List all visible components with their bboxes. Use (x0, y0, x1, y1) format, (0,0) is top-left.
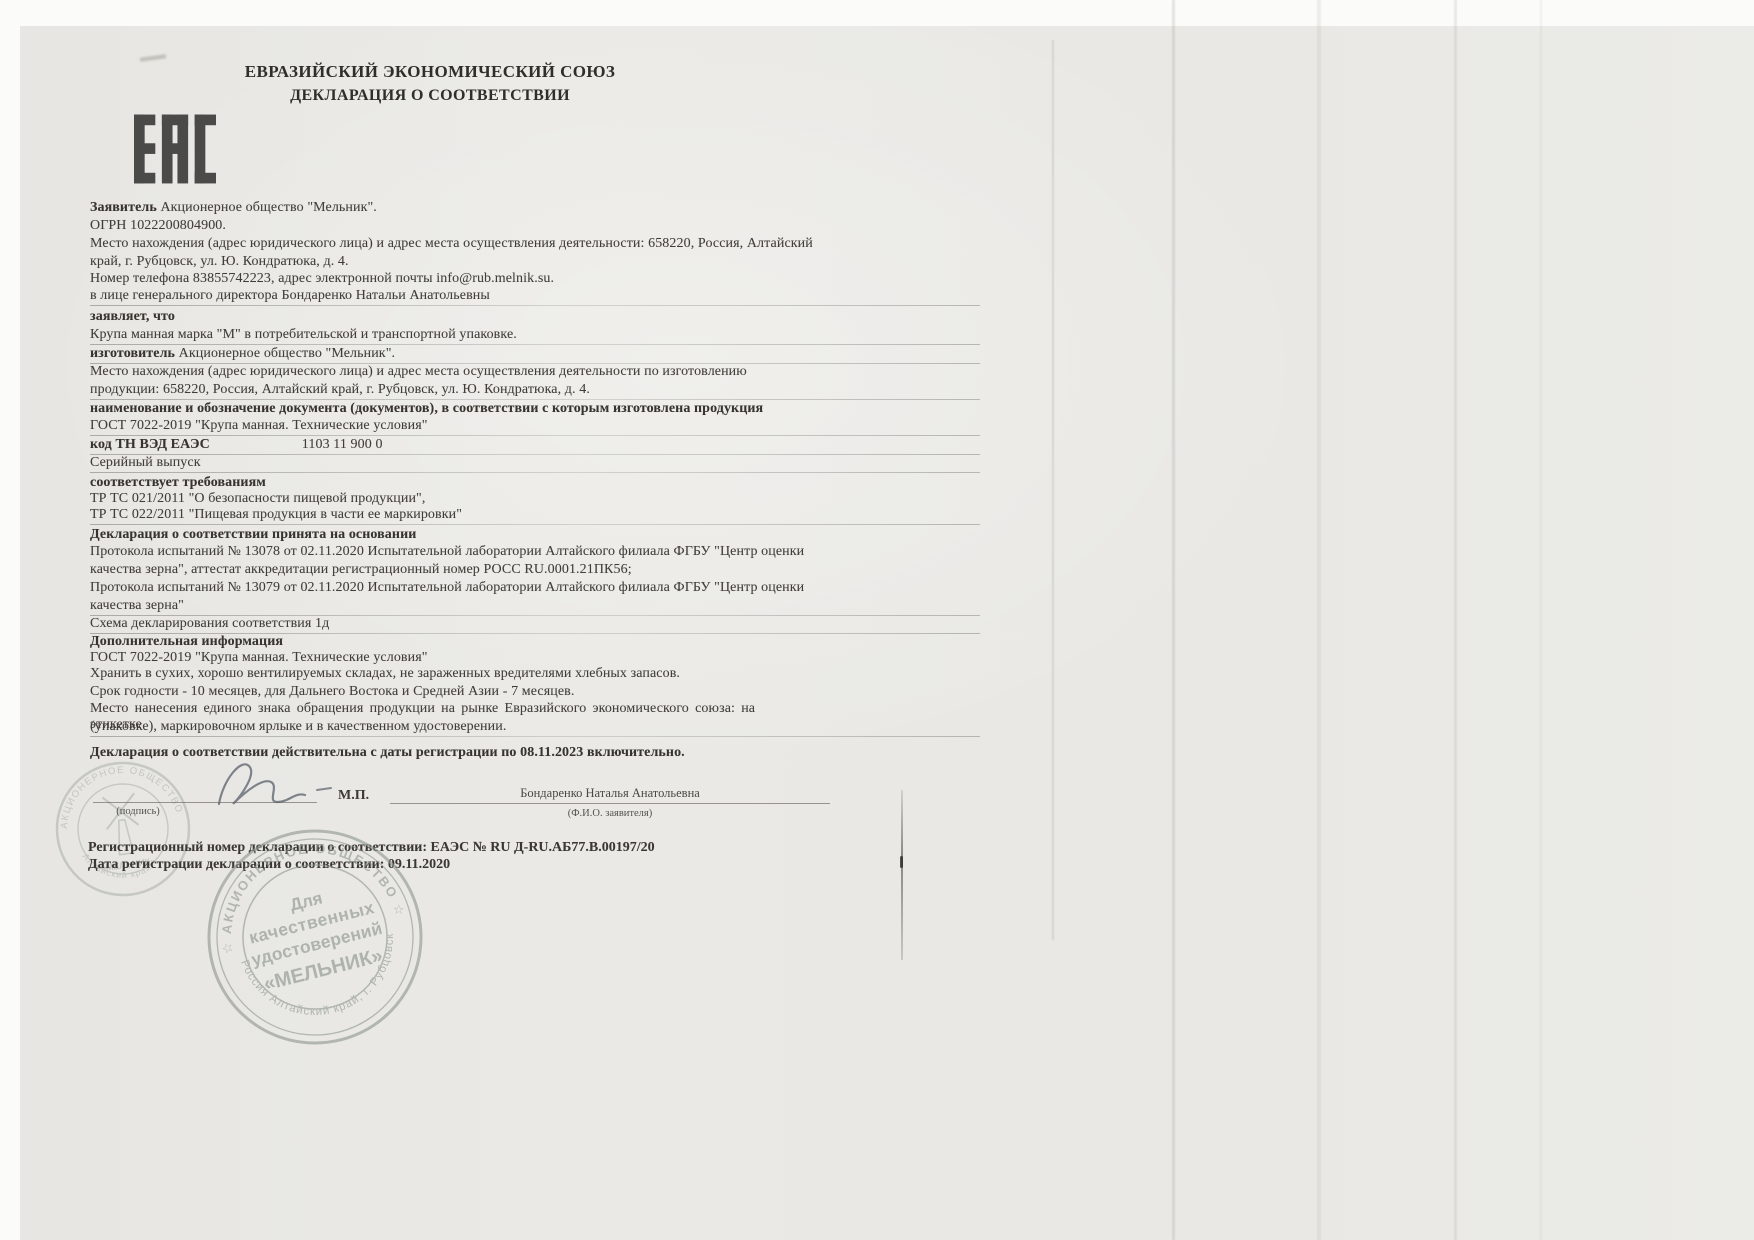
seal-place-label: М.П. (338, 788, 369, 804)
field-rule (90, 344, 980, 345)
protocol-13078-line-2: качества зерна", аттестат аккредитации р… (90, 562, 790, 578)
protocol-13079-line-2: качества зерна" (90, 598, 790, 614)
paper-crease-mark (900, 856, 903, 868)
document-header: ЕВРАЗИЙСКИЙ ЭКОНОМИЧЕСКИЙ СОЮЗ ДЕКЛАРАЦИ… (150, 62, 710, 105)
mfg-address-line-2: продукции: 658220, Россия, Алтайский кра… (90, 382, 790, 398)
tnved-line: код ТН ВЭД ЕАЭС1103 11 900 0 (90, 437, 790, 453)
field-rule (90, 524, 980, 525)
director-line: в лице генерального директора Бондаренко… (90, 288, 790, 304)
field-rule (90, 399, 980, 400)
windmill-stamp: АКЦИОНЕРНОЕ ОБЩЕСТВО Алтайский край «МЕЛ… (43, 749, 203, 909)
storage-line: Хранить в сухих, хорошо вентилируемых ск… (90, 666, 790, 682)
mfg-address-line-1: Место нахождения (адрес юридического лиц… (90, 364, 790, 380)
signature-line (93, 802, 317, 803)
manufacturer-line: изготовитель Акционерное общество "Мельн… (90, 346, 790, 362)
tr-ts-022-line: ТР ТС 022/2011 "Пищевая продукция в част… (90, 507, 790, 523)
basis-header: Декларация о соответствии принята на осн… (90, 527, 790, 543)
shelf-life-line: Срок годности - 10 месяцев, для Дальнего… (90, 684, 790, 700)
additional-gost-line: ГОСТ 7022-2019 "Крупа манная. Технически… (90, 650, 790, 666)
ogrn-line: ОГРН 1022200804900. (90, 218, 790, 234)
scan-streak (1540, 0, 1542, 1240)
union-title: ЕВРАЗИЙСКИЙ ЭКОНОМИЧЕСКИЙ СОЮЗ (150, 62, 710, 82)
validity-line: Декларация о соответствии действительна … (90, 745, 790, 761)
field-rule (90, 736, 980, 737)
scan-streak (1172, 0, 1175, 1240)
document-title: ДЕКЛАРАЦИЯ О СООТВЕТСТВИИ (150, 87, 710, 105)
paper-fold-line (1052, 40, 1054, 940)
mark-place-line-2: (упаковке), маркировочном ярлыке и в кач… (90, 719, 790, 735)
field-rule (90, 305, 980, 306)
scheme-line: Схема декларирования соответствия 1д (90, 616, 790, 632)
signature-caption: (подпись) (98, 806, 178, 817)
paper-crease (901, 790, 903, 960)
name-caption: (Ф.И.О. заявителя) (390, 808, 830, 819)
phone-email-line: Номер телефона 83855742223, адрес электр… (90, 271, 790, 287)
applicant-name: Бондаренко Наталья Анатольевна (390, 786, 830, 801)
handwritten-signature (205, 750, 355, 822)
serial-line: Серийный выпуск (90, 455, 790, 471)
gost-line: ГОСТ 7022-2019 "Крупа манная. Технически… (90, 418, 790, 434)
field-rule (90, 472, 980, 473)
applicant-line: Заявитель Акционерное общество "Мельник"… (90, 200, 790, 216)
conforms-header: соответствует требованиям (90, 475, 790, 491)
field-rule (90, 435, 980, 436)
tr-ts-021-line: ТР ТС 021/2011 "О безопасности пищевой п… (90, 491, 790, 507)
address-line-1: Место нахождения (адрес юридического лиц… (90, 236, 790, 252)
doc-designation-header: наименование и обозначение документа (до… (90, 401, 790, 417)
eac-logo (134, 106, 216, 192)
protocol-13079-line-1: Протокола испытаний № 13079 от 02.11.202… (90, 580, 790, 596)
scan-streak (1317, 0, 1321, 1240)
protocol-13078-line-1: Протокола испытаний № 13078 от 02.11.202… (90, 544, 790, 560)
product-line: Крупа манная марка "М" в потребительской… (90, 327, 790, 343)
name-line (390, 803, 830, 804)
address-line-2: край, г. Рубцовск, ул. Ю. Кондратюка, д.… (90, 254, 790, 270)
declares-line: заявляет, что (90, 309, 790, 325)
additional-info-header: Дополнительная информация (90, 634, 790, 650)
scan-streak (1454, 0, 1457, 1240)
